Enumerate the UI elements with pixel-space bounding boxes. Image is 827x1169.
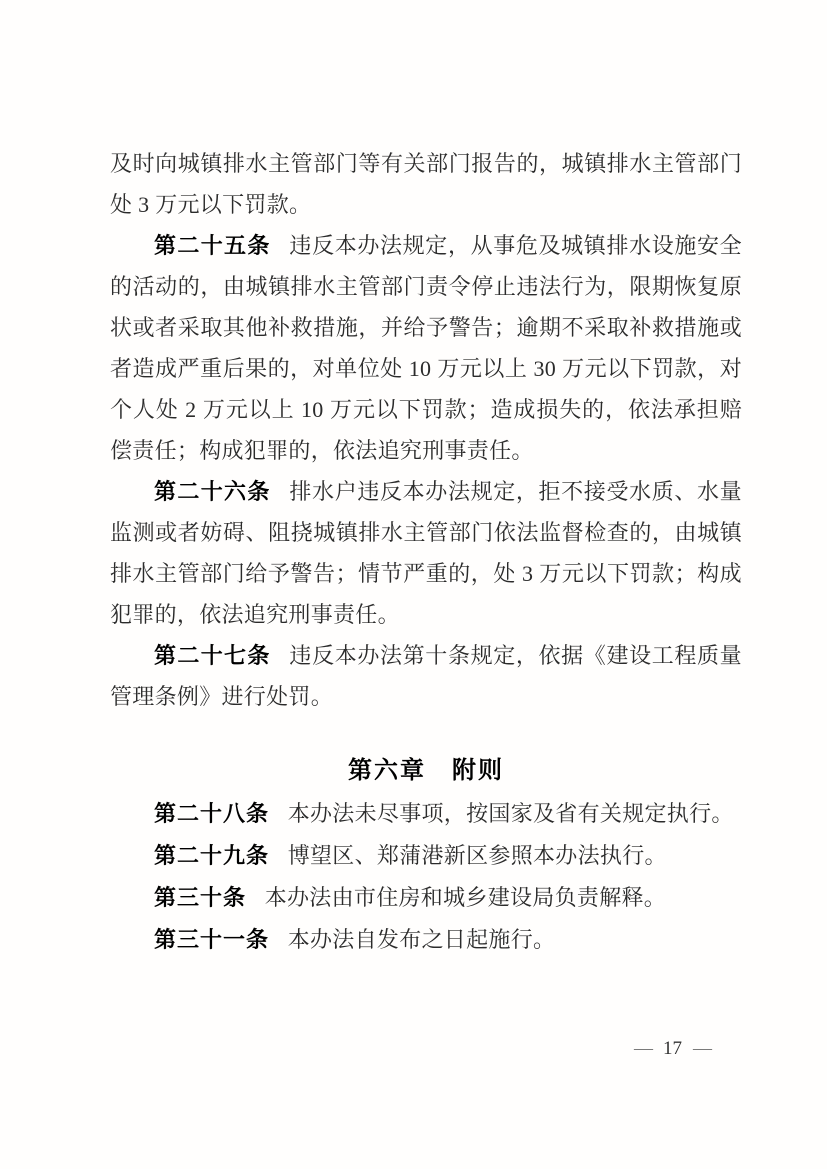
body-text: 排水户违反本办法规定，拒不接受水质、水量 bbox=[289, 479, 742, 504]
body-text: 管理条例》进行处罚。 bbox=[110, 684, 333, 709]
text-line: 管理条例》进行处罚。 bbox=[110, 676, 742, 717]
body-text: 违反本办法规定，从事危及城镇排水设施安全 bbox=[289, 233, 742, 258]
page-number-right-dash: — bbox=[693, 1038, 711, 1060]
article-number-label: 第二十五条 bbox=[154, 233, 271, 258]
article-26-first-line: 第二十六条排水户违反本办法规定，拒不接受水质、水量 bbox=[110, 471, 742, 512]
body-text: 处 3 万元以下罚款。 bbox=[110, 192, 311, 217]
body-text: 本办法未尽事项，按国家及省有关规定执行。 bbox=[288, 801, 734, 826]
body-text: 博望区、郑蒲港新区参照本办法执行。 bbox=[288, 843, 667, 868]
article-30-line: 第三十条本办法由市住房和城乡建设局负责解释。 bbox=[110, 877, 742, 919]
page-number-value: 17 bbox=[663, 1038, 682, 1060]
body-text: 违反本办法第十条规定，依据《建设工程质量 bbox=[289, 643, 742, 668]
body-text: 及时向城镇排水主管部门等有关部门报告的，城镇排水主管部门 bbox=[110, 151, 742, 176]
article-25-first-line: 第二十五条违反本办法规定，从事危及城镇排水设施安全 bbox=[110, 225, 742, 266]
article-number-label: 第二十九条 bbox=[154, 843, 269, 868]
body-text: 本办法自发布之日起施行。 bbox=[288, 927, 556, 952]
body-text: 犯罪的，依法追究刑事责任。 bbox=[110, 602, 400, 627]
body-text: 偿责任；构成犯罪的，依法追究刑事责任。 bbox=[110, 438, 534, 463]
chapter-heading: 第六章 附则 bbox=[110, 750, 742, 792]
text-line: 犯罪的，依法追究刑事责任。 bbox=[110, 594, 742, 635]
article-number-label: 第二十七条 bbox=[154, 643, 271, 668]
page-number: — 17 — bbox=[634, 1038, 711, 1060]
body-text: 者造成严重后果的，对单位处 10 万元以上 30 万元以下罚款，对 bbox=[110, 356, 742, 381]
final-articles: 第二十八条本办法未尽事项，按国家及省有关规定执行。 第二十九条博望区、郑蒲港新区… bbox=[110, 793, 742, 961]
text-line: 及时向城镇排水主管部门等有关部门报告的，城镇排水主管部门 bbox=[110, 143, 742, 184]
article-number-label: 第三十条 bbox=[154, 885, 246, 910]
text-line: 状或者采取其他补救措施，并给予警告；逾期不采取补救措施或 bbox=[110, 307, 742, 348]
text-line: 处 3 万元以下罚款。 bbox=[110, 184, 742, 225]
document-page: 及时向城镇排水主管部门等有关部门报告的，城镇排水主管部门 处 3 万元以下罚款。… bbox=[0, 0, 827, 1169]
text-line: 偿责任；构成犯罪的，依法追究刑事责任。 bbox=[110, 430, 742, 471]
body-text: 排水主管部门给予警告；情节严重的，处 3 万元以下罚款；构成 bbox=[110, 561, 742, 586]
text-line: 的活动的，由城镇排水主管部门责令停止违法行为，限期恢复原 bbox=[110, 266, 742, 307]
document-body: 及时向城镇排水主管部门等有关部门报告的，城镇排水主管部门 处 3 万元以下罚款。… bbox=[110, 143, 742, 961]
article-number-label: 第三十一条 bbox=[154, 927, 269, 952]
article-number-label: 第二十六条 bbox=[154, 479, 271, 504]
article-27-first-line: 第二十七条违反本办法第十条规定，依据《建设工程质量 bbox=[110, 635, 742, 676]
body-text: 个人处 2 万元以上 10 万元以下罚款；造成损失的，依法承担赔 bbox=[110, 397, 742, 422]
body-text: 的活动的，由城镇排水主管部门责令停止违法行为，限期恢复原 bbox=[110, 274, 742, 299]
text-line: 者造成严重后果的，对单位处 10 万元以上 30 万元以下罚款，对 bbox=[110, 348, 742, 389]
page-number-left-dash: — bbox=[634, 1038, 652, 1060]
article-number-label: 第二十八条 bbox=[154, 801, 269, 826]
body-text: 状或者采取其他补救措施，并给予警告；逾期不采取补救措施或 bbox=[110, 315, 742, 340]
text-line: 排水主管部门给予警告；情节严重的，处 3 万元以下罚款；构成 bbox=[110, 553, 742, 594]
text-line: 监测或者妨碍、阻挠城镇排水主管部门依法监督检查的，由城镇 bbox=[110, 512, 742, 553]
text-line: 个人处 2 万元以上 10 万元以下罚款；造成损失的，依法承担赔 bbox=[110, 389, 742, 430]
article-31-line: 第三十一条本办法自发布之日起施行。 bbox=[110, 919, 742, 961]
article-29-line: 第二十九条博望区、郑蒲港新区参照本办法执行。 bbox=[110, 835, 742, 877]
article-28-line: 第二十八条本办法未尽事项，按国家及省有关规定执行。 bbox=[110, 793, 742, 835]
body-text: 本办法由市住房和城乡建设局负责解释。 bbox=[265, 885, 666, 910]
body-text: 监测或者妨碍、阻挠城镇排水主管部门依法监督检查的，由城镇 bbox=[110, 520, 742, 545]
